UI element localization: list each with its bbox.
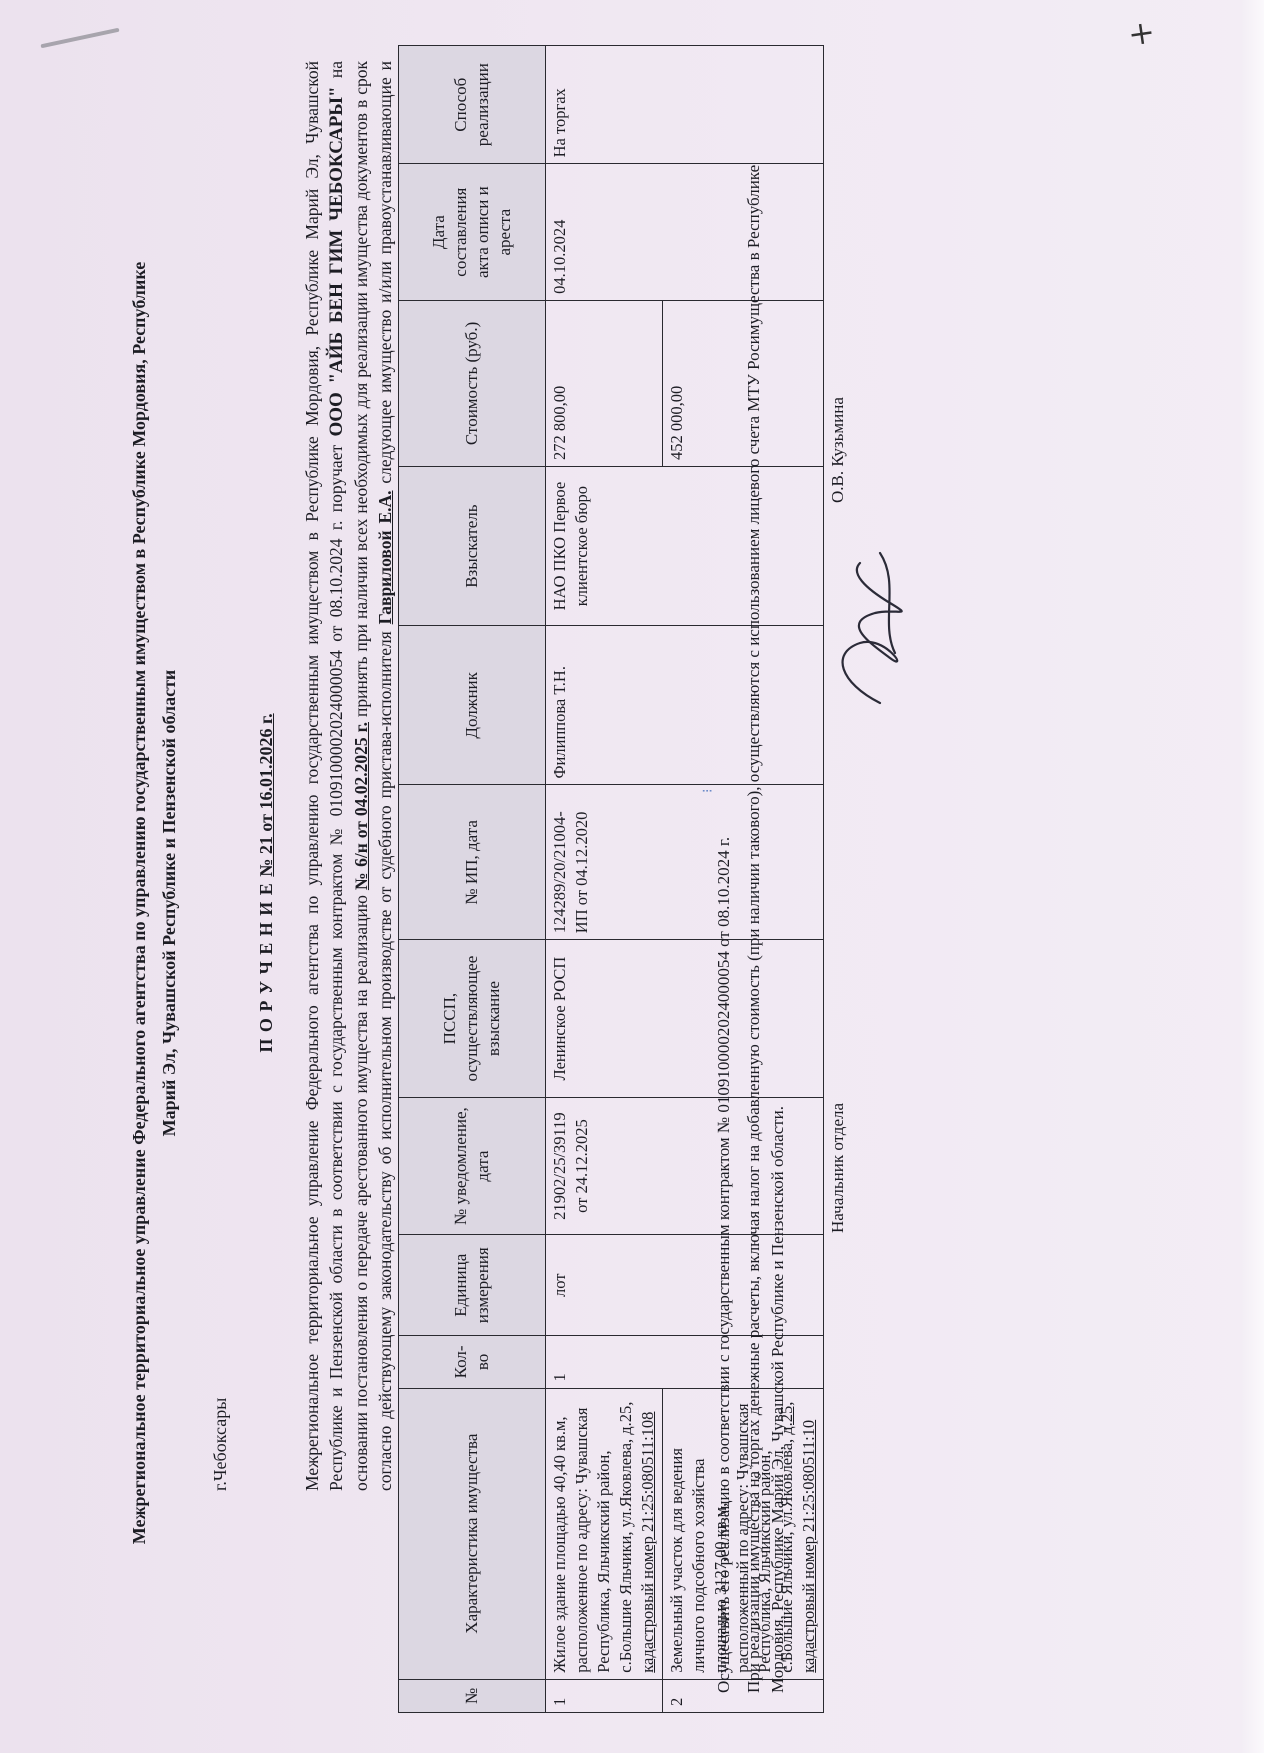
decree-reference: № 6/н от 04.02.2025 г.: [351, 722, 371, 890]
contractor-name: ООО "АЙБ БЕН ГИМ ЧЕБОКСАРЫ": [326, 86, 347, 436]
col-header-notice: № уведомление, дата: [399, 1098, 546, 1235]
document-number: № 21 от 16.01.2026 г.: [256, 713, 276, 876]
issuer-header-line2: Марий Эл, Чувашской Республике и Пензенс…: [154, 193, 184, 1613]
col-header-description: Характеристика имущества: [399, 1388, 546, 1679]
col-header-case: № ИП, дата: [399, 785, 546, 940]
col-header-method: Способ реализации: [399, 46, 546, 164]
city-label: г.Чебоксары: [210, 1398, 231, 1491]
footer-payment-note: При реализации имущества на торгах денеж…: [742, 93, 790, 1693]
col-header-creditor: Взыскатель: [399, 466, 546, 625]
signatory-role: Начальник отдела: [828, 1103, 848, 1233]
col-header-department: ПССП, осуществляющее взыскание: [399, 940, 546, 1098]
col-header-debtor: Должник: [399, 626, 546, 785]
issuer-header: Межрегиональное территориальное управлен…: [124, 193, 184, 1613]
signature-scribble-icon: [820, 543, 930, 713]
row-num: 1: [546, 1679, 663, 1712]
document-title: П О Р У Ч Е Н И Е № 21 от 16.01.2026 г.: [256, 573, 277, 1193]
table-header-row: № Характеристика имущества Кол-во Единиц…: [399, 46, 546, 1713]
row-price: 272 800,00: [546, 300, 663, 466]
col-header-num: №: [399, 1679, 546, 1712]
issuer-header-line1: Межрегиональное территориальное управлен…: [124, 193, 154, 1613]
col-header-price: Стоимость (руб.): [399, 300, 546, 466]
row-description: Жилое здание площадью 40,40 кв.м, распол…: [546, 1388, 663, 1679]
document-title-label: П О Р У Ч Е Н И Е: [256, 882, 276, 1052]
scanned-page: + Межрегиональное территориальное управл…: [0, 0, 1264, 1753]
row-description-text: Жилое здание площадью 40,40 кв.м, распол…: [550, 1402, 635, 1673]
footer-instruction: Осуществить его реализацию в соответстви…: [712, 837, 736, 1693]
row-cadastral-number: кадастровый номер 21:25:080511:108: [638, 1412, 657, 1673]
signatory-name: О.В. Кузьмина: [828, 397, 848, 503]
document-page-rotated: Межрегиональное территориальное управлен…: [0, 0, 1264, 1753]
bailiff-name: Гавриловой Е.А.: [375, 490, 395, 624]
ink-mark: ⁝: [700, 773, 716, 793]
table-row: 1 Жилое здание площадью 40,40 кв.м, расп…: [546, 46, 663, 1713]
col-header-quantity: Кол-во: [399, 1336, 546, 1388]
col-header-act-date: Дата составления акта описи и ареста: [399, 164, 546, 301]
col-header-unit: Единица измерения: [399, 1235, 546, 1336]
